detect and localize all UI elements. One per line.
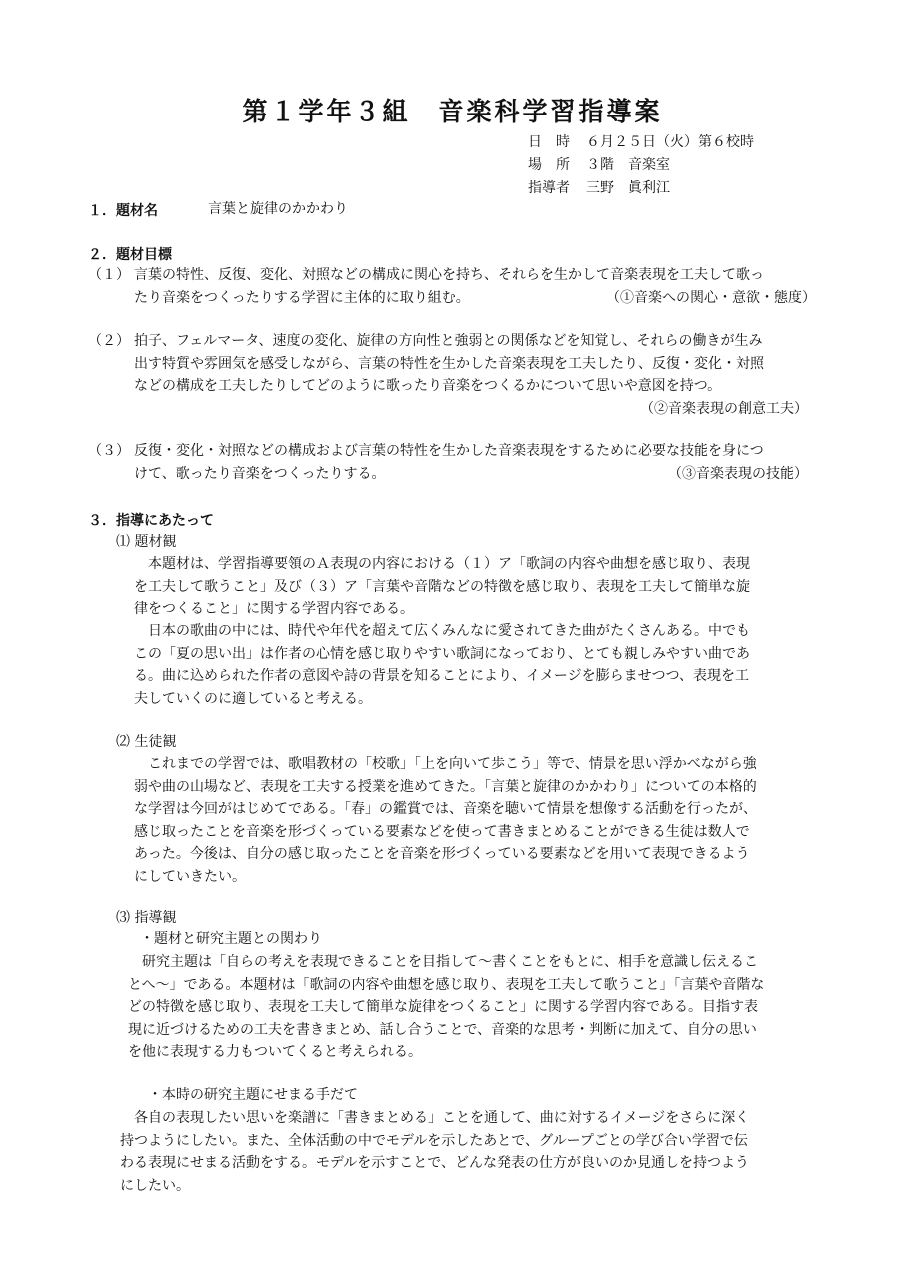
goal-tag: （②音楽表現の創意工夫）: [640, 398, 808, 421]
section3-heading: ３．指導にあたって: [88, 510, 214, 530]
sub1-para1: 本題材は、学習指導要領のＡ表現の内容における（１）ア「歌詞の内容や曲想を感じ取り…: [134, 553, 750, 621]
text-line: を他に表現する力もついてくると考えられる。: [128, 1041, 764, 1064]
text-line: 現に近づけるための工夫を書きまとめ、話し合うことで、音楽的な思考・判断に加えて、…: [128, 1019, 764, 1042]
section2-heading: ２．題材目標: [88, 244, 172, 264]
sub1-para2: 日本の歌曲の中には、時代や年代を超えて広くみんなに愛されてきた曲がたくさんある。…: [134, 620, 750, 710]
text-line: これまでの学習では、歌唱教材の「校歌」「上を向いて歩こう」等で、情景を思い浮かべ…: [134, 753, 757, 776]
goal-line: 反復・変化・対照などの構成および言葉の特性を生かした音楽表現をするために必要な技…: [134, 440, 764, 463]
text-line: 感じ取ったことを音楽を形づくっている要素などを使って書きまとめることができる生徒…: [134, 821, 757, 844]
text-line: 持つようにしたい。また、全体活動の中でモデルを示したあとで、グループごとの学び合…: [120, 1130, 749, 1153]
text-line: どの特徴を感じ取り、表現を工夫して簡単な旋律をつくること」に関する学習内容である…: [128, 996, 764, 1019]
goal-number: （２）: [88, 330, 130, 353]
text-line: わる表現にせまる活動をする。モデルを示すことで、どんな発表の仕方が良いのか見通し…: [120, 1152, 749, 1175]
goal-line: 出す特質や雰囲気を感受しながら、言葉の特性を生かした音楽表現を工夫したり、反復・…: [134, 353, 764, 376]
text-line: 日本の歌曲の中には、時代や年代を超えて広くみんなに愛されてきた曲がたくさんある。…: [134, 620, 750, 643]
page-title: 第１学年３組 音楽科学習指導案: [0, 92, 905, 128]
text-line: 夫していくのに適していると考える。: [134, 688, 750, 711]
sub3-bullet2: ・本時の研究主題にせまる手だて: [148, 1084, 358, 1107]
sub1-heading: ⑴ 題材観: [116, 531, 176, 551]
text-line: この「夏の思い出」は作者の心情を感じ取りやすい歌詞になっており、とても親しみやす…: [134, 643, 750, 666]
sub3-para1: 研究主題は「自らの考えを表現できることを目指して～書くことをもとに、相手を意識し…: [128, 951, 764, 1064]
text-line: 各自の表現したい思いを楽譜に「書きまとめる」ことを通して、曲に対するイメージをさ…: [120, 1107, 749, 1130]
text-line: る。曲に込められた作者の意図や詩の背景を知ることにより、イメージを膨らませつつ、…: [134, 665, 750, 688]
text-line: な学習は今回がはじめてである。「春」の鑑賞では、音楽を聴いて情景を想像する活動を…: [134, 798, 757, 821]
goal-tag: （①音楽への関心・意欲・態度）: [606, 287, 816, 310]
sub3-bullet1: ・題材と研究主題との関わり: [140, 928, 322, 951]
meta-teacher: 指導者三野 眞利江: [528, 177, 754, 200]
text-line: 本題材は、学習指導要領のＡ表現の内容における（１）ア「歌詞の内容や曲想を感じ取り…: [134, 553, 750, 576]
sub3-heading: ⑶ 指導観: [116, 907, 176, 927]
goal-line: などの構成を工夫したりしてどのように歌ったり音楽をつくるかについて思いや意図を持…: [134, 375, 764, 398]
text-line: とへ～」である。本題材は「歌詞の内容や曲想を感じ取り、表現を工夫して歌うこと」「…: [128, 974, 764, 997]
goal-line: 言葉の特性、反復、変化、対照などの構成に関心を持ち、それらを生かして音楽表現を工…: [134, 264, 764, 287]
text-line: 研究主題は「自らの考えを表現できることを目指して～書くことをもとに、相手を意識し…: [128, 951, 764, 974]
meta-block: 日 時６月２５日（火）第６校時 場 所３階 音楽室 指導者三野 眞利江: [528, 131, 754, 200]
text-line: 律をつくること」に関する学習内容である。: [134, 598, 750, 621]
sub2-heading: ⑵ 生徒観: [116, 731, 176, 751]
text-line: にしていきたい。: [134, 866, 757, 889]
text-line: あった。今後は、自分の感じ取ったことを音楽を形づくっている要素などを用いて表現で…: [134, 843, 757, 866]
text-line: にしたい。: [120, 1175, 749, 1198]
goal-number: （１）: [88, 264, 130, 287]
goal-line: 拍子、フェルマータ、速度の変化、旋律の方向性と強弱との関係などを知覚し、それらの…: [134, 330, 764, 353]
sub2-para: これまでの学習では、歌唱教材の「校歌」「上を向いて歩こう」等で、情景を思い浮かべ…: [134, 753, 757, 888]
goal-tag: （③音楽表現の技能）: [668, 463, 808, 486]
text-line: を工夫して歌うこと」及び（３）ア「言葉や音階などの特徴を感じ取り、表現を工夫して…: [134, 576, 750, 599]
section1-heading: １．題材名: [88, 200, 158, 220]
topic-name: 言葉と旋律のかかわり: [208, 198, 348, 221]
sub3-para2: 各自の表現したい思いを楽譜に「書きまとめる」ことを通して、曲に対するイメージをさ…: [120, 1107, 749, 1197]
meta-date: 日 時６月２５日（火）第６校時: [528, 131, 754, 154]
text-line: 弱や曲の山場など、表現を工夫する授業を進めてきた。「言葉と旋律のかかわり」につい…: [134, 776, 757, 799]
goal-number: （３）: [88, 440, 130, 463]
meta-place: 場 所３階 音楽室: [528, 154, 754, 177]
